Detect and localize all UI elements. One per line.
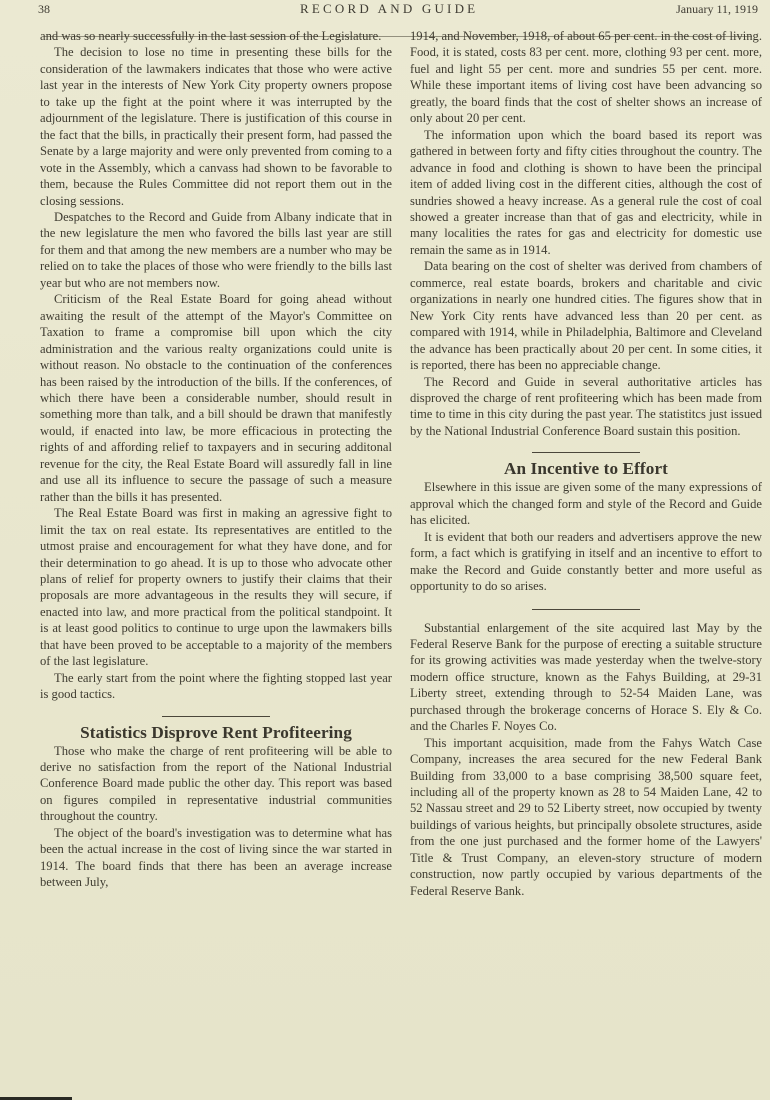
paragraph: This important acquisition, made from th… — [410, 735, 762, 900]
paragraph: Data bearing on the cost of shelter was … — [410, 258, 762, 373]
right-column: 1914, and November, 1918, of about 65 pe… — [410, 28, 762, 899]
paragraph: The object of the board's investigation … — [40, 825, 392, 891]
publication-title: RECORD AND GUIDE — [300, 1, 478, 17]
paragraph: Those who make the charge of rent profit… — [40, 743, 392, 825]
paragraph: The Real Estate Board was first in makin… — [40, 505, 392, 670]
paragraph: It is evident that both our readers and … — [410, 529, 762, 595]
page-header: 38 RECORD AND GUIDE January 11, 1919 — [38, 0, 758, 22]
paragraph: Despatches to the Record and Guide from … — [40, 209, 392, 291]
article-headline: An Incentive to Effort — [410, 459, 762, 478]
section-divider — [532, 452, 640, 453]
paragraph: 1914, and November, 1918, of about 65 pe… — [410, 28, 762, 127]
paragraph: Criticism of the Real Estate Board for g… — [40, 291, 392, 505]
paragraph: Substantial enlargement of the site acqu… — [410, 620, 762, 735]
paragraph: The Record and Guide in several authorit… — [410, 374, 762, 440]
issue-date: January 11, 1919 — [676, 2, 758, 17]
paragraph: and was so nearly successfully in the la… — [40, 28, 392, 44]
paragraph: The early start from the point where the… — [40, 670, 392, 703]
paragraph: The decision to lose no time in presenti… — [40, 44, 392, 209]
section-divider — [162, 716, 270, 717]
section-divider — [532, 609, 640, 610]
page-number: 38 — [38, 2, 50, 17]
left-column: and was so nearly successfully in the la… — [40, 28, 392, 891]
article-headline: Statistics Disprove Rent Profiteering — [40, 723, 392, 742]
paragraph: Elsewhere in this issue are given some o… — [410, 479, 762, 528]
newspaper-page: 38 RECORD AND GUIDE January 11, 1919 and… — [0, 0, 770, 1100]
paragraph: The information upon which the board bas… — [410, 127, 762, 259]
